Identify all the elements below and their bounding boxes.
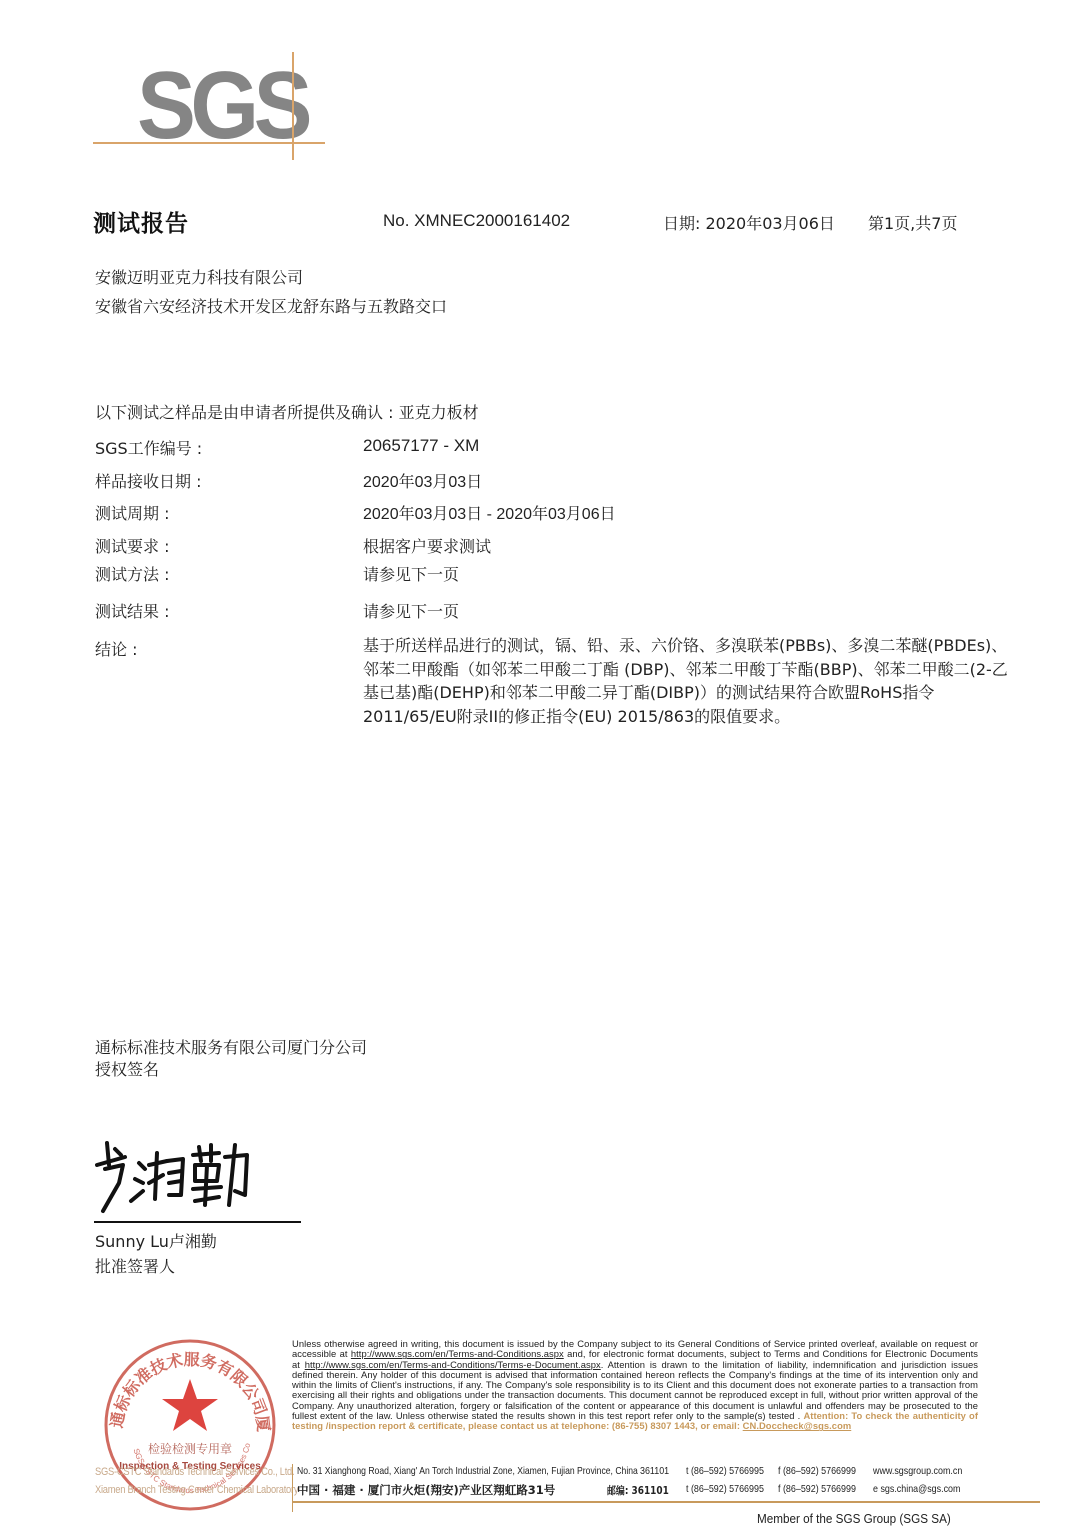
test-result-value: 请参见下一页: [363, 599, 459, 622]
job-number-value: 20657177 - XM: [363, 436, 479, 456]
report-number: No. XMNEC2000161402: [383, 211, 570, 231]
sgs-group-membership: Member of the SGS Group (SGS SA): [757, 1511, 951, 1526]
received-date-label: 样品接收日期 :: [95, 469, 201, 492]
handwritten-signature: [95, 1135, 255, 1215]
fax: f (86–592) 5766999: [778, 1465, 856, 1477]
signatory-name: Sunny Lu卢湘勤: [95, 1229, 217, 1252]
fax-2: f (86–592) 5766999: [778, 1483, 856, 1495]
page-indicator: 第1页,共7页: [868, 211, 957, 234]
client-name: 安徽迈明亚克力科技有限公司: [95, 263, 447, 292]
address-english: No. 31 Xianghong Road, Xiang' An Torch I…: [297, 1465, 638, 1477]
postcode-english: 361101: [640, 1465, 669, 1477]
footer-vertical-rule: [292, 1464, 293, 1512]
lab-name-line1: SGS-CSTC Standards Technical Services Co…: [95, 1466, 294, 1478]
received-date-value: 2020年03月03日: [363, 469, 482, 492]
client-block: 安徽迈明亚克力科技有限公司 安徽省六安经济技术开发区龙舒东路与五教路交口: [95, 263, 447, 321]
test-period-value: 2020年03月03日 - 2020年03月06日: [363, 501, 616, 524]
telephone: t (86–592) 5766995: [686, 1465, 764, 1477]
telephone-2: t (86–592) 5766995: [686, 1483, 764, 1495]
lab-name-line2: Xiamen Branch Testing Center Chemical La…: [95, 1484, 298, 1496]
report-date: 日期: 2020年03月06日: [663, 211, 835, 234]
authorization-block: 通标标准技术服务有限公司厦门分公司 授权签名: [95, 1037, 367, 1081]
sgs-logo: SGS: [93, 52, 325, 162]
signatory-title: 批准签署人: [95, 1254, 175, 1277]
logo-horizontal-rule: [93, 142, 325, 144]
report-title: 测试报告: [93, 205, 189, 238]
test-period-label: 测试周期 :: [95, 501, 169, 524]
sgs-logo-text: SGS: [137, 58, 307, 154]
address-chinese: 中国 · 福建 · 厦门市火炬(翔安)产业区翔虹路31号: [297, 1482, 555, 1498]
conclusion-label: 结论 :: [95, 637, 137, 660]
signature-line: [94, 1221, 301, 1223]
website: www.sgsgroup.com.cn: [873, 1465, 962, 1477]
client-address: 安徽省六安经济技术开发区龙舒东路与五教路交口: [95, 292, 447, 321]
job-number-label: SGS工作编号 :: [95, 436, 202, 459]
test-requirement-label: 测试要求 :: [95, 534, 169, 557]
doccheck-email-link[interactable]: CN.Doccheck@sgs.com: [743, 1420, 852, 1431]
authorizing-company: 通标标准技术服务有限公司厦门分公司: [95, 1037, 367, 1059]
email: e sgs.china@sgs.com: [873, 1483, 960, 1495]
test-requirement-value: 根据客户要求测试: [363, 534, 491, 557]
test-method-value: 请参见下一页: [363, 562, 459, 585]
legal-disclaimer: Unless otherwise agreed in writing, this…: [292, 1339, 978, 1432]
stamp-center-cn: 检验检测专用章: [148, 1441, 232, 1456]
conclusion-text: 基于所送样品进行的测试，镉、铅、汞、六价铬、多溴联苯(PBBs)、多溴二苯醚(P…: [363, 634, 1013, 728]
logo-vertical-rule: [292, 52, 294, 160]
postcode-chinese: 邮编: 361101: [607, 1483, 669, 1498]
sample-intro: 以下测试之样品是由申请者所提供及确认 : 亚克力板材: [95, 400, 479, 423]
test-result-label: 测试结果 :: [95, 599, 169, 622]
test-method-label: 测试方法 :: [95, 562, 169, 585]
footer-horizontal-rule: [292, 1501, 1040, 1503]
authorized-signature-label: 授权签名: [95, 1059, 367, 1081]
